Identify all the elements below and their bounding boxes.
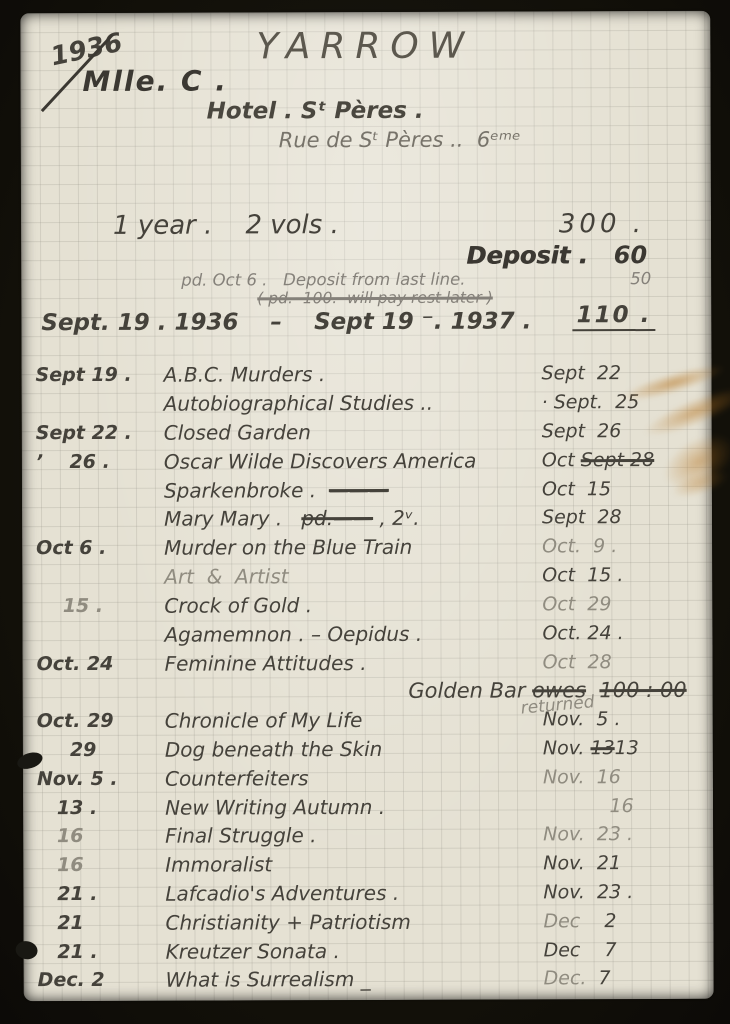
row-title: New Writing Autumn .: [165, 794, 543, 819]
row-title: Golden Bar owes 100 : 00: [165, 678, 687, 704]
deposit-line: Deposit . 60: [466, 241, 647, 270]
struck-note: ( pd. 100. will pay rest later ): [257, 289, 493, 308]
row-date-out: 21: [37, 912, 165, 934]
text-run: ———: [329, 478, 389, 502]
text-run: Murder on the Blue Train: [164, 535, 412, 560]
text-run: Golden Bar: [408, 679, 532, 703]
text-run: Oscar Wilde Discovers America: [164, 448, 483, 473]
text-run: Chronicle of My Life: [165, 708, 363, 733]
row-title: Murder on the Blue Train: [164, 535, 542, 560]
member-label: Mlle. C .: [82, 64, 227, 98]
text-run: Lafcadio's Adventures .: [165, 881, 399, 906]
text-run: Oct 15 .: [542, 564, 623, 586]
row-date-returned: 16: [543, 794, 713, 817]
paid-note-text: pd. Oct 6 . Deposit from last line.: [181, 270, 465, 290]
row-date-returned: Oct 29: [542, 593, 712, 616]
row-title: Art & Artist: [164, 563, 542, 588]
text-run: Oct 28: [543, 651, 612, 673]
text-run: Oct 15: [542, 478, 611, 500]
text-run: Art & Artist: [164, 564, 288, 588]
row-date-out: 13 .: [37, 796, 165, 818]
terms-duration: 1 year . 2 vols .: [113, 210, 339, 241]
ledger-row: Dec. 2What is Surrealism _Dec. 7: [24, 964, 714, 995]
row-date-out: Sept 19 .: [36, 364, 164, 386]
row-title: Final Struggle .: [165, 823, 543, 848]
text-run: Feminine Attitudes .: [165, 651, 367, 676]
text-run: Nov.: [543, 737, 591, 759]
row-date-returned: Sept 26: [542, 420, 712, 443]
row-date-returned: Dec. 7: [544, 967, 714, 990]
text-run: New Writing Autumn .: [165, 795, 385, 820]
row-date-out: 21 .: [38, 940, 166, 962]
text-run: 16: [543, 795, 634, 817]
ledger-row: 29Dog beneath the SkinNov. 1313: [23, 733, 713, 764]
address-line-2: Rue de Sᵗ Pères .. 6ᵉᵐᵉ: [279, 127, 521, 152]
ledger-row: Sparkenbroke . ———Oct 15: [22, 474, 712, 505]
row-date-out: Nov. 5 .: [37, 767, 165, 789]
row-title: Counterfeiters: [165, 765, 543, 790]
text-run: Closed Garden: [164, 420, 311, 445]
row-date-out: Oct. 29: [37, 710, 165, 732]
text-run: Dec 7: [544, 939, 617, 961]
text-run: Oct. 24 .: [542, 622, 623, 644]
ledger-row: Nov. 5 .CounterfeitersNov. 16: [23, 762, 713, 793]
row-date-returned: Oct 15 .: [542, 564, 712, 587]
text-run: Nov. 23 .: [543, 881, 633, 903]
text-run: 13: [615, 737, 639, 759]
borrower-name: YARROW: [20, 25, 710, 68]
row-date-returned: Nov. 21: [543, 852, 713, 875]
lending-card: 1936 YARROW Mlle. C . Hotel . Sᵗ Pères .…: [20, 11, 713, 1001]
paid-note-line: pd. Oct 6 . Deposit from last line. 50: [181, 269, 651, 290]
text-run: Sept 28: [581, 449, 655, 471]
ledger-row: Sept 22 .Closed GardenSept 26: [22, 416, 712, 447]
row-date-out: Oct 6 .: [36, 537, 164, 559]
text-run: pd.——: [301, 506, 373, 530]
text-run: Nov. 16: [543, 766, 621, 788]
text-run: Counterfeiters: [165, 766, 309, 791]
row-title: Crock of Gold .: [164, 592, 542, 617]
row-date-out: 15 .: [36, 595, 164, 617]
row-title: A.B.C. Murders .: [164, 362, 542, 387]
row-date-returned: Dec 7: [544, 938, 714, 961]
text-run: Dog beneath the Skin: [165, 737, 383, 762]
row-date-out: ’ 26 .: [36, 451, 164, 473]
terms-price: 300 .: [559, 209, 645, 239]
deposit-value: 60: [614, 241, 648, 269]
row-date-returned: Oct. 24 .: [542, 622, 712, 645]
text-run: Final Struggle .: [165, 824, 316, 849]
text-run: Immoralist: [165, 853, 272, 877]
ledger-row: 21 .Kreutzer Sonata .Dec 7: [24, 935, 714, 966]
row-title: Lafcadio's Adventures .: [165, 880, 543, 905]
ledger-row: 21 .Lafcadio's Adventures .Nov. 23 .: [23, 877, 713, 908]
subscription-period-line: Sept. 19 . 1936 – Sept 19 ⁻. 1937 . 110 …: [41, 308, 655, 339]
paid-note-value: 50: [630, 269, 651, 288]
text-run: 100 : 00: [599, 678, 686, 702]
text-run: Sept 22: [542, 363, 622, 385]
row-title: Closed Garden: [164, 419, 542, 444]
row-title: What is Surrealism _: [166, 967, 544, 992]
row-date-returned: Oct. 9 .: [542, 535, 712, 558]
address-line-1: Hotel . Sᵗ Pères .: [207, 98, 424, 125]
row-date-out: Sept 22 .: [36, 422, 164, 444]
text-run: Mary Mary .: [164, 507, 301, 531]
subscription-period: Sept. 19 . 1936 – Sept 19 ⁻. 1937 .: [41, 308, 531, 339]
row-date-returned: Dec 2: [543, 910, 713, 933]
ledger-row: ’ 26 .Oscar Wilde Discovers America Oct …: [22, 445, 712, 476]
text-run: What is Surrealism _: [166, 967, 371, 992]
row-date-returned: Oct 15: [542, 477, 712, 500]
row-date-out: Dec. 2: [38, 969, 166, 991]
ledger-row: Agamemnon . – Oepidus .Oct. 24 .: [22, 618, 712, 649]
row-date-out: 16: [37, 854, 165, 876]
golden-bar-row: Golden Bar owes 100 : 00returned: [23, 676, 713, 707]
text-run: Christianity + Patriotism: [165, 910, 410, 935]
ledger-row: Sept 19 .A.B.C. Murders .Sept 22: [21, 359, 711, 390]
row-title: Agamemnon . – Oepidus .: [164, 621, 542, 646]
ledger-row: Oct. 29Chronicle of My LifeNov. 5 .: [23, 705, 713, 736]
ledger-row: 21Christianity + PatriotismDec 2: [23, 906, 713, 937]
row-date-out: 16: [37, 825, 165, 847]
text-run: 7: [599, 968, 611, 990]
row-date-returned: Oct Sept 28: [542, 449, 712, 472]
ledger-row: Art & ArtistOct 15 .: [22, 560, 712, 591]
text-run: A.B.C. Murders .: [164, 363, 326, 388]
text-run: Crock of Gold .: [164, 593, 312, 618]
subscription-terms: 1 year . 2 vols . 300 .: [113, 209, 645, 241]
ledger-row: 16ImmoralistNov. 21: [23, 849, 713, 880]
ledger-row: Oct 6 .Murder on the Blue TrainOct. 9 .: [22, 532, 712, 563]
row-title: Oscar Wilde Discovers America: [164, 448, 542, 473]
text-run: Nov. 21: [543, 852, 621, 874]
text-run: Dec: [543, 910, 580, 932]
ledger-row: 15 .Crock of Gold .Oct 29: [22, 589, 712, 620]
text-run: Sept 28: [542, 507, 622, 529]
text-run: , 2ᵛ.: [373, 506, 420, 530]
text-run: Autobiographical Studies ..: [164, 391, 434, 416]
ledger-row: Mary Mary . pd.—— , 2ᵛ.Sept 28: [22, 503, 712, 534]
text-run: 2: [580, 910, 616, 932]
row-title: Mary Mary . pd.—— , 2ᵛ.: [164, 506, 542, 531]
text-run: Oct 29: [542, 593, 611, 615]
row-date-returned: Sept 22: [542, 362, 712, 385]
text-run: Agamemnon . – Oepidus .: [164, 622, 422, 647]
ledger-row: Oct. 24Feminine Attitudes .Oct 28: [22, 647, 712, 678]
row-title: Autobiographical Studies ..: [164, 391, 542, 416]
row-title: Kreutzer Sonata .: [166, 938, 544, 963]
row-date-returned: Sept 28: [542, 506, 712, 529]
row-title: Immoralist: [165, 852, 543, 877]
ledger: Sept 19 .A.B.C. Murders .Sept 22Autobiog…: [21, 359, 713, 995]
row-date-out: 29: [37, 739, 165, 761]
row-date-returned: Nov. 1313: [543, 737, 713, 760]
text-run: Sept 26: [542, 420, 622, 442]
text-run: Sparkenbroke .: [164, 478, 329, 503]
row-title: Christianity + Patriotism: [165, 909, 543, 934]
deposit-label: Deposit .: [466, 241, 587, 269]
total-amount: 110 .: [573, 302, 656, 331]
row-title: Chronicle of My Life: [165, 708, 543, 733]
text-run: Nov. 23 .: [543, 823, 633, 845]
ledger-row: 16Final Struggle .Nov. 23 .: [23, 820, 713, 851]
text-run: Oct: [542, 449, 581, 471]
text-run: Oct. 9 .: [542, 535, 617, 557]
row-date-out: 21 .: [37, 883, 165, 905]
row-title: Dog beneath the Skin: [165, 736, 543, 761]
row-date-returned: Oct 28: [543, 650, 713, 673]
row-date-returned: · Sept. 25: [542, 391, 712, 414]
row-date-returned: Nov. 23 .: [543, 881, 713, 904]
row-title: Feminine Attitudes .: [165, 650, 543, 675]
row-title: Sparkenbroke . ———: [164, 477, 542, 502]
row-date-returned: Nov. 23 .: [543, 823, 713, 846]
text-run: · Sept. 25: [542, 391, 640, 413]
text-run: Kreutzer Sonata .: [166, 939, 340, 964]
ledger-row: Autobiographical Studies ..· Sept. 25: [22, 388, 712, 419]
text-run: 13: [590, 737, 614, 759]
ledger-row: 13 .New Writing Autumn . 16: [23, 791, 713, 822]
text-run: Dec.: [544, 968, 599, 990]
row-date-returned: Nov. 16: [543, 766, 713, 789]
row-date-out: Oct. 24: [37, 652, 165, 674]
